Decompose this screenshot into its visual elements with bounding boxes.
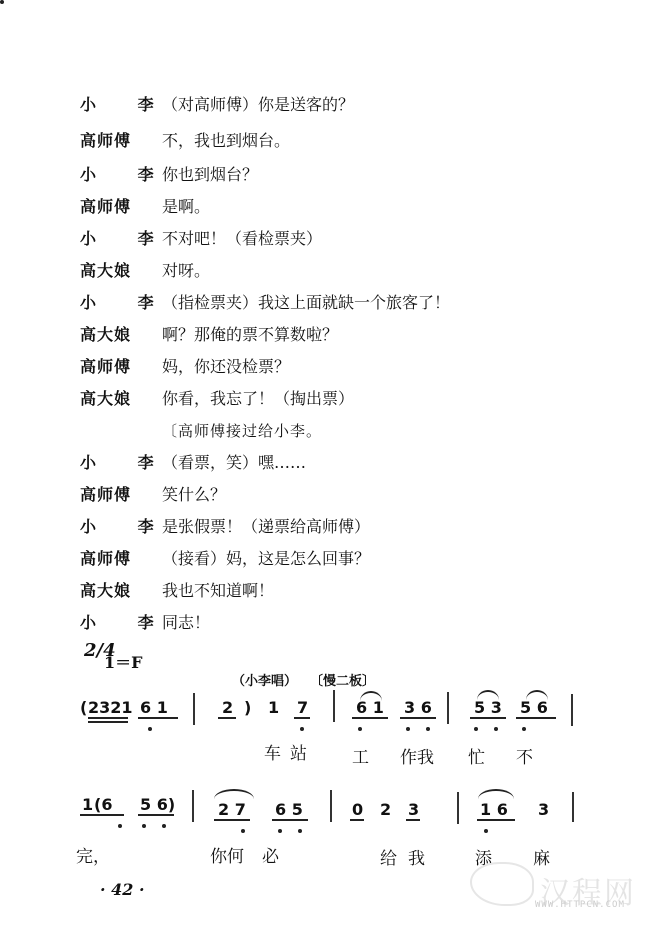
underline bbox=[214, 819, 250, 821]
note: 2 7 bbox=[218, 800, 246, 820]
note: 2321 bbox=[88, 698, 133, 718]
speaker-name: 小 李 bbox=[80, 290, 150, 316]
underline bbox=[470, 717, 506, 719]
bar-line bbox=[330, 790, 332, 822]
note: 3 bbox=[538, 800, 549, 820]
lyric: 完， bbox=[76, 846, 110, 868]
underline bbox=[138, 814, 174, 816]
bar-line bbox=[447, 692, 449, 724]
underline bbox=[272, 819, 308, 821]
lyric: 站 bbox=[290, 743, 307, 765]
speaker-name: 小 李 bbox=[80, 610, 150, 636]
underline bbox=[400, 717, 436, 719]
underline bbox=[294, 717, 310, 719]
dialogue-text: 对呀。 bbox=[162, 258, 210, 284]
octave-dot bbox=[148, 727, 152, 731]
dialogue-text: 你也到烟台？ bbox=[162, 162, 258, 188]
octave-dot bbox=[406, 727, 410, 731]
note: 5 6) bbox=[140, 795, 175, 815]
speaker-name: 高师傅 bbox=[80, 546, 150, 572]
note: 6 5 bbox=[275, 800, 303, 820]
octave-dot bbox=[494, 727, 498, 731]
dialogue-text: （看票，笑）嘿…… bbox=[162, 450, 306, 476]
dialogue-text: 啊？那俺的票不算数啦？ bbox=[162, 322, 338, 348]
bar-line bbox=[572, 792, 574, 822]
lyric: 工 bbox=[352, 747, 369, 769]
octave-dot bbox=[0, 0, 4, 4]
octave-dot bbox=[522, 727, 526, 731]
underline bbox=[406, 819, 420, 821]
watermark-url: WWW.HTTPCN.COM bbox=[535, 900, 625, 910]
octave-dot bbox=[118, 824, 122, 828]
note: 1 bbox=[268, 698, 279, 718]
dialogue-text: 你看，我忘了！（掏出票） bbox=[162, 386, 354, 412]
note: 2 bbox=[222, 698, 233, 718]
underline bbox=[138, 717, 178, 719]
dialogue-text: 笑什么？ bbox=[162, 482, 226, 508]
key-signature: 1＝F bbox=[104, 650, 143, 673]
note: 3 6 bbox=[404, 698, 432, 718]
note: 0 bbox=[352, 800, 363, 820]
style-annotation: 〔慢二板〕 bbox=[310, 670, 375, 689]
stage-direction-text: 〔高师傅接过给小李。 bbox=[162, 418, 322, 444]
octave-dot bbox=[474, 727, 478, 731]
underline bbox=[88, 721, 128, 723]
speaker-name: 高大娘 bbox=[80, 386, 150, 412]
speaker-name: 小 李 bbox=[80, 450, 150, 476]
note: 5 6 bbox=[520, 698, 548, 718]
underline bbox=[218, 717, 236, 719]
speaker-name: 小 李 bbox=[80, 226, 150, 252]
note: 7 bbox=[297, 698, 308, 718]
dialogue-text: 我也不知道啊！ bbox=[162, 578, 274, 604]
bar-line bbox=[192, 790, 194, 822]
watermark-logo-icon bbox=[470, 862, 534, 906]
speaker-name: 高师傅 bbox=[80, 194, 150, 220]
lyric: 必 bbox=[262, 846, 279, 868]
octave-dot bbox=[162, 824, 166, 828]
octave-dot bbox=[241, 829, 245, 833]
octave-dot bbox=[426, 727, 430, 731]
bar-line bbox=[457, 792, 459, 824]
lyric: 不 bbox=[516, 747, 533, 769]
dialogue-text: 同志！ bbox=[162, 610, 210, 636]
speaker-name: 高大娘 bbox=[80, 578, 150, 604]
underline bbox=[350, 819, 364, 821]
note: 5 3 bbox=[474, 698, 502, 718]
octave-dot bbox=[484, 829, 488, 833]
slur bbox=[214, 789, 254, 799]
bar-line bbox=[571, 694, 573, 726]
lyric: 忙 bbox=[468, 747, 485, 769]
lyric: 作我 bbox=[400, 747, 434, 769]
underline bbox=[88, 717, 128, 719]
lyric: 我 bbox=[408, 848, 425, 870]
speaker-name: 高师傅 bbox=[80, 482, 150, 508]
note: 1 bbox=[82, 795, 93, 815]
speaker-name: 小 李 bbox=[80, 162, 150, 188]
dialogue-text: （接看）妈，这是怎么回事？ bbox=[162, 546, 370, 572]
dialogue-text: 不对吧！（看检票夹） bbox=[162, 226, 322, 252]
underline bbox=[477, 819, 515, 821]
octave-dot bbox=[298, 829, 302, 833]
dialogue-text: 妈，你还没检票？ bbox=[162, 354, 290, 380]
lyric: 麻 bbox=[533, 848, 550, 870]
lyric: 你何 bbox=[210, 846, 244, 868]
dialogue-text: （指检票夹）我这上面就缺一个旅客了！ bbox=[162, 290, 450, 316]
underline bbox=[80, 814, 124, 816]
note: 2 bbox=[380, 800, 391, 820]
note: 3 bbox=[408, 800, 419, 820]
slur bbox=[478, 789, 514, 799]
dialogue-text: （对高师傅）你是送客的？ bbox=[162, 92, 354, 118]
speaker-name: 高大娘 bbox=[80, 322, 150, 348]
octave-dot bbox=[278, 829, 282, 833]
note: (6 bbox=[94, 795, 112, 815]
note: 1 6 bbox=[480, 800, 508, 820]
bar-line bbox=[333, 690, 335, 722]
speaker-name: 小 李 bbox=[80, 514, 150, 540]
octave-dot bbox=[300, 727, 304, 731]
speaker-name: 高大娘 bbox=[80, 258, 150, 284]
note: ) bbox=[244, 698, 251, 718]
singer-annotation: （小李唱） bbox=[232, 670, 297, 689]
speaker-name: 小 李 bbox=[80, 92, 150, 118]
note: 6 1 bbox=[140, 698, 168, 718]
script-page: 小 李 （对高师傅）你是送客的？ 高师傅 不，我也到烟台。 小 李 你也到烟台？… bbox=[0, 0, 654, 928]
octave-dot bbox=[142, 824, 146, 828]
octave-dot bbox=[358, 727, 362, 731]
underline bbox=[352, 717, 388, 719]
note: ( bbox=[80, 698, 87, 718]
lyric: 给 bbox=[380, 848, 397, 870]
dialogue-text: 是张假票！（递票给高师傅） bbox=[162, 514, 370, 540]
dialogue-text: 不，我也到烟台。 bbox=[162, 128, 290, 154]
page-number: · 42 · bbox=[100, 880, 145, 899]
speaker-name: 高师傅 bbox=[80, 128, 150, 154]
underline bbox=[516, 717, 556, 719]
speaker-name: 高师傅 bbox=[80, 354, 150, 380]
note: 6 1 bbox=[356, 698, 384, 718]
bar-line bbox=[193, 693, 195, 725]
dialogue-text: 是啊。 bbox=[162, 194, 210, 220]
lyric: 车 bbox=[264, 743, 281, 765]
